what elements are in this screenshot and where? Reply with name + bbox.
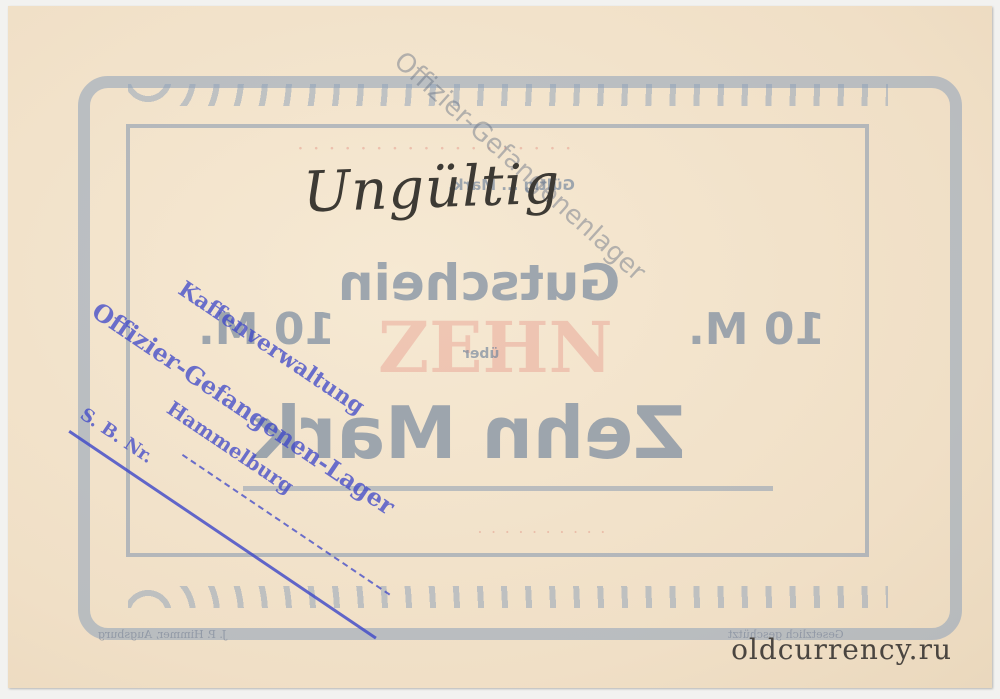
red-footer-text: · · · · · · · · · ·	[478, 526, 608, 539]
top-scallop-border	[128, 84, 888, 106]
word-over: über	[463, 346, 499, 362]
handwritten-ungueltig: Ungültig	[302, 152, 561, 226]
printer-credit: J. P. Himmer, Augsburg	[98, 628, 226, 641]
bottom-scallop-border	[128, 586, 888, 608]
banknote: · · · · · · · · · · · · · · · · · · Gült…	[8, 6, 992, 688]
underline-rule	[243, 486, 773, 491]
denomination-right: 10 M.	[688, 304, 825, 355]
mirrored-title: Gutschein	[338, 254, 620, 312]
watermark-text: oldcurrency.ru	[731, 633, 952, 666]
